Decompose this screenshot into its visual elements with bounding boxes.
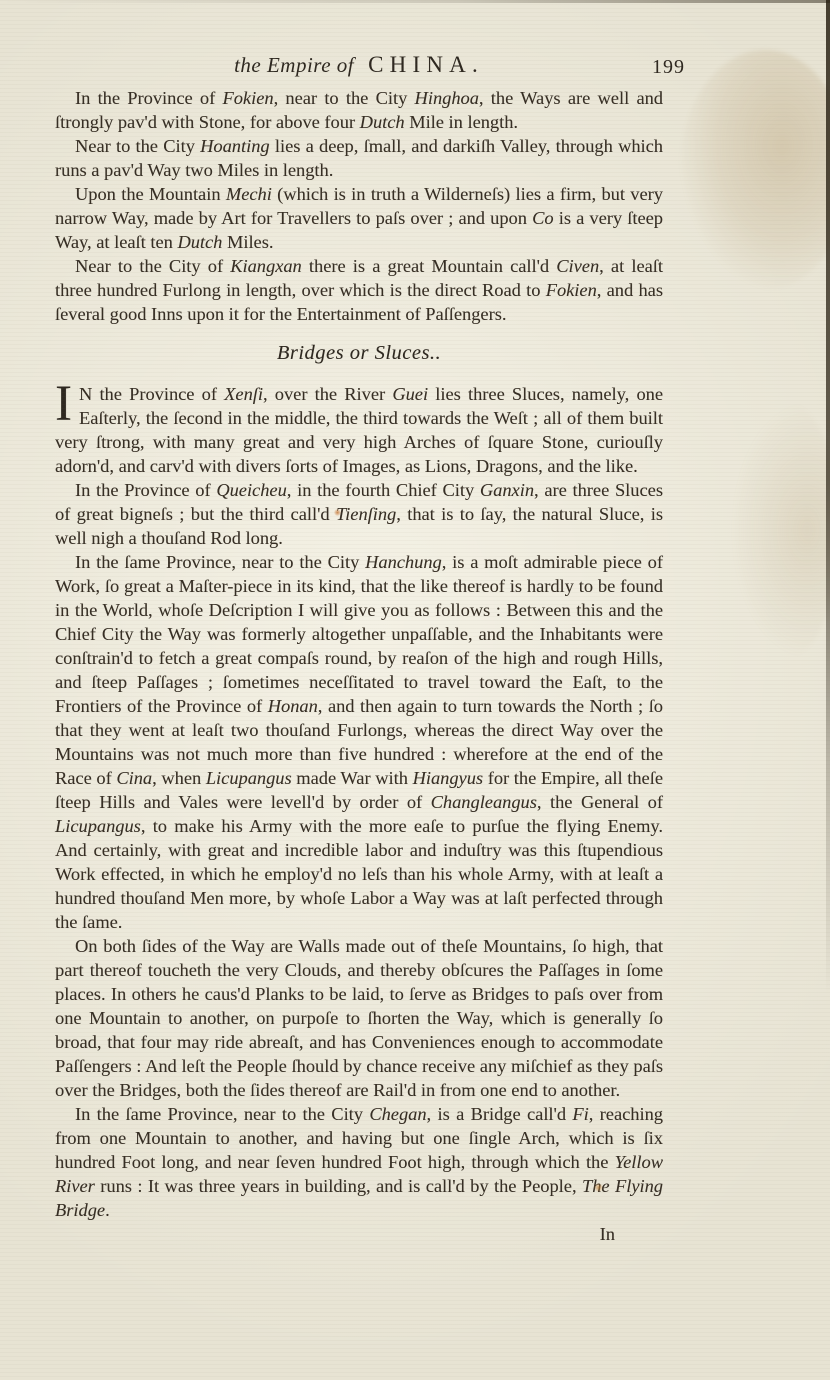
paragraph: On both ſides of the Way are Walls made … bbox=[55, 934, 663, 1102]
paragraph: Near to the City Hoanting lies a deep, ſ… bbox=[55, 134, 663, 182]
paragraph: In the Province of Queicheu, in the four… bbox=[55, 478, 663, 550]
paragraph: In the ſame Province, near to the City H… bbox=[55, 550, 663, 934]
catchword: In bbox=[55, 1222, 663, 1246]
drop-cap-initial: I bbox=[55, 382, 79, 424]
intro-paragraphs: In the Province of Fokien, near to the C… bbox=[55, 86, 663, 326]
book-page: the Empire of CHINA. 199 In the Province… bbox=[0, 0, 830, 1380]
running-title-caps: CHINA. bbox=[368, 52, 484, 77]
paper-stain bbox=[730, 400, 830, 660]
page-number: 199 bbox=[652, 56, 685, 79]
running-title-italic: the Empire of bbox=[234, 53, 354, 77]
page-header: the Empire of CHINA. 199 bbox=[55, 52, 685, 84]
paragraph: In the ſame Province, near to the City C… bbox=[55, 1102, 663, 1222]
paragraph: In the Province of Fokien, near to the C… bbox=[55, 86, 663, 134]
scan-edge-shadow bbox=[0, 0, 830, 3]
paper-stain bbox=[680, 50, 830, 290]
paragraph: IN the Province of Xenſi, over the River… bbox=[55, 382, 663, 478]
paragraph: Upon the Mountain Mechi (which is in tru… bbox=[55, 182, 663, 254]
page-body: In the Province of Fokien, near to the C… bbox=[55, 86, 663, 1246]
running-title: the Empire of CHINA. bbox=[55, 52, 663, 78]
scan-edge-shadow bbox=[826, 0, 830, 1380]
paragraph: Near to the City of Kiangxan there is a … bbox=[55, 254, 663, 326]
section-paragraphs: IN the Province of Xenſi, over the River… bbox=[55, 382, 663, 1222]
section-heading: Bridges or Sluces.. bbox=[55, 341, 663, 365]
